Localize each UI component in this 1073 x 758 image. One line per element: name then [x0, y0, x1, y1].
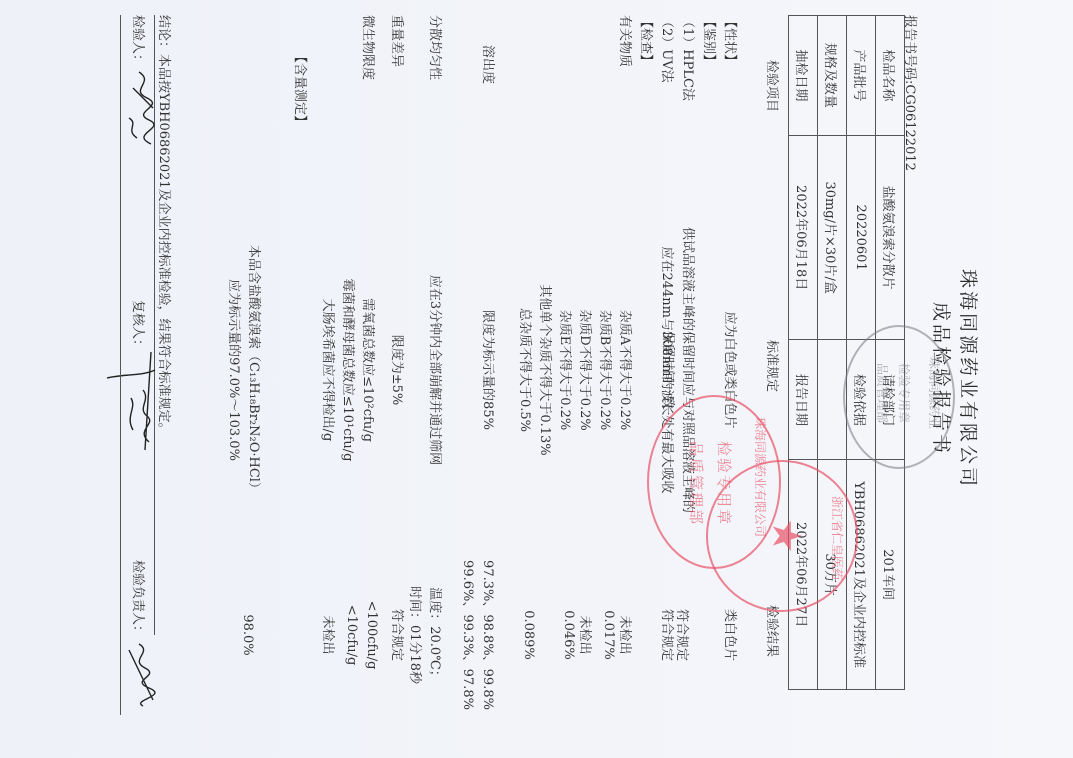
info-label: 报告日期	[789, 340, 818, 460]
reviewer-signature	[103, 350, 163, 460]
item-label: 【鉴别】	[701, 15, 720, 67]
result-text: 时间：01分18秒	[407, 540, 426, 730]
inspector-signature	[123, 68, 159, 148]
company-name: 珠海同源药业有限公司	[956, 0, 983, 758]
info-label: 产品批号	[847, 16, 876, 136]
item-label: 溶出度	[480, 45, 499, 84]
result-text: 98.0%	[240, 540, 255, 730]
responsible-label: 检验负责人：	[130, 560, 149, 638]
item-label: 有关物质	[617, 15, 636, 67]
standard-text: 需氧菌总数应≤10²cfu/g	[360, 190, 379, 550]
result-text: 0.017%	[601, 540, 616, 730]
item-label: （1）HPLC法	[680, 15, 699, 101]
result-text: 97.3%、98.8%、99.8%	[480, 540, 499, 730]
standard-text: 本品含盐酸氨溴索（C₁₃H₁₈Br₂N₂O·HCl）	[246, 190, 265, 550]
result-text: <10cfu/g	[344, 540, 359, 730]
column-header-standard: 标准规定	[764, 340, 783, 392]
standard-text: 杂质A不得大于0.2%	[617, 190, 636, 550]
result-text: 温度：20.0℃；	[427, 540, 446, 730]
item-label: 重量差异	[389, 15, 408, 67]
item-label: （2）UV法	[659, 15, 678, 83]
standard-text: 大肠埃希菌应不得检出/g	[320, 190, 339, 550]
info-label: 规格及数量	[818, 16, 847, 136]
column-header-result: 检验结果	[764, 605, 783, 657]
result-text: 未检出	[320, 540, 339, 730]
result-text: 符合规定	[389, 540, 408, 730]
item-label: 【性状】	[722, 15, 741, 67]
result-text: 未检出	[577, 540, 596, 730]
info-value: YBH06862021及企业内控标准	[847, 460, 876, 690]
item-label: 分散均匀性	[427, 15, 446, 80]
inspection-report-page: 珠海同源药业有限公司 成品检验报告书 报告书号码:CG06122012 检品名称…	[0, 0, 1073, 758]
info-value: 30mg/片×30片/盒	[818, 135, 847, 340]
result-text: 符合规定	[659, 540, 678, 730]
red-inspection-seal: 珠海同源药业有限公司 检验专用章 品质管理部	[647, 395, 781, 569]
standard-text: 杂质D不得大于0.2%	[577, 190, 596, 550]
inspector-label: 检验人：	[130, 15, 149, 67]
standard-text: 其他单个杂质不得大于0.13%	[537, 190, 556, 550]
info-label: 检品名称	[876, 16, 905, 136]
column-header-item: 检验项目	[764, 60, 783, 112]
quality-dept-gray-stamp: 珠海同源药业 检验专用章 品质管理部	[843, 325, 955, 469]
standard-text: 应在3分钟内全部崩解并通过筛网	[427, 190, 446, 550]
info-value: 2022年06月18日	[789, 135, 818, 340]
info-label: 抽检日期	[789, 16, 818, 136]
result-text: 0.089%	[521, 540, 536, 730]
standard-text: 杂质E不得大于0.2%	[557, 190, 576, 550]
responsible-signature	[119, 640, 159, 710]
info-value: 201车间	[876, 460, 905, 690]
standard-text: 限度为±5%	[389, 190, 408, 550]
bottom-divider	[120, 15, 121, 715]
standard-text: 限度为标示量的85%	[480, 190, 499, 550]
info-value: 盐酸氨溴索分散片	[876, 135, 905, 340]
info-value: 20220601	[847, 135, 876, 340]
item-label: 【含量测定】	[292, 50, 311, 128]
result-text: 未检出	[617, 540, 636, 730]
result-text: <100cfu/g	[364, 540, 379, 730]
standard-text: 应为标示量的97.0%～103.0%	[226, 190, 245, 550]
standard-text: 杂质B不得大于0.2%	[597, 190, 616, 550]
item-label: 【检查】	[638, 15, 657, 67]
result-text: 99.6%、99.3%、97.8%	[460, 540, 479, 730]
result-text: 0.046%	[561, 540, 576, 730]
reviewer-label: 复核人：	[130, 300, 149, 352]
item-label: 微生物限度	[360, 15, 379, 80]
standard-text: 霉菌和酵母菌总数应≤10¹cfu/g	[340, 190, 359, 550]
standard-text: 总杂质不得大于0.5%	[517, 190, 536, 550]
